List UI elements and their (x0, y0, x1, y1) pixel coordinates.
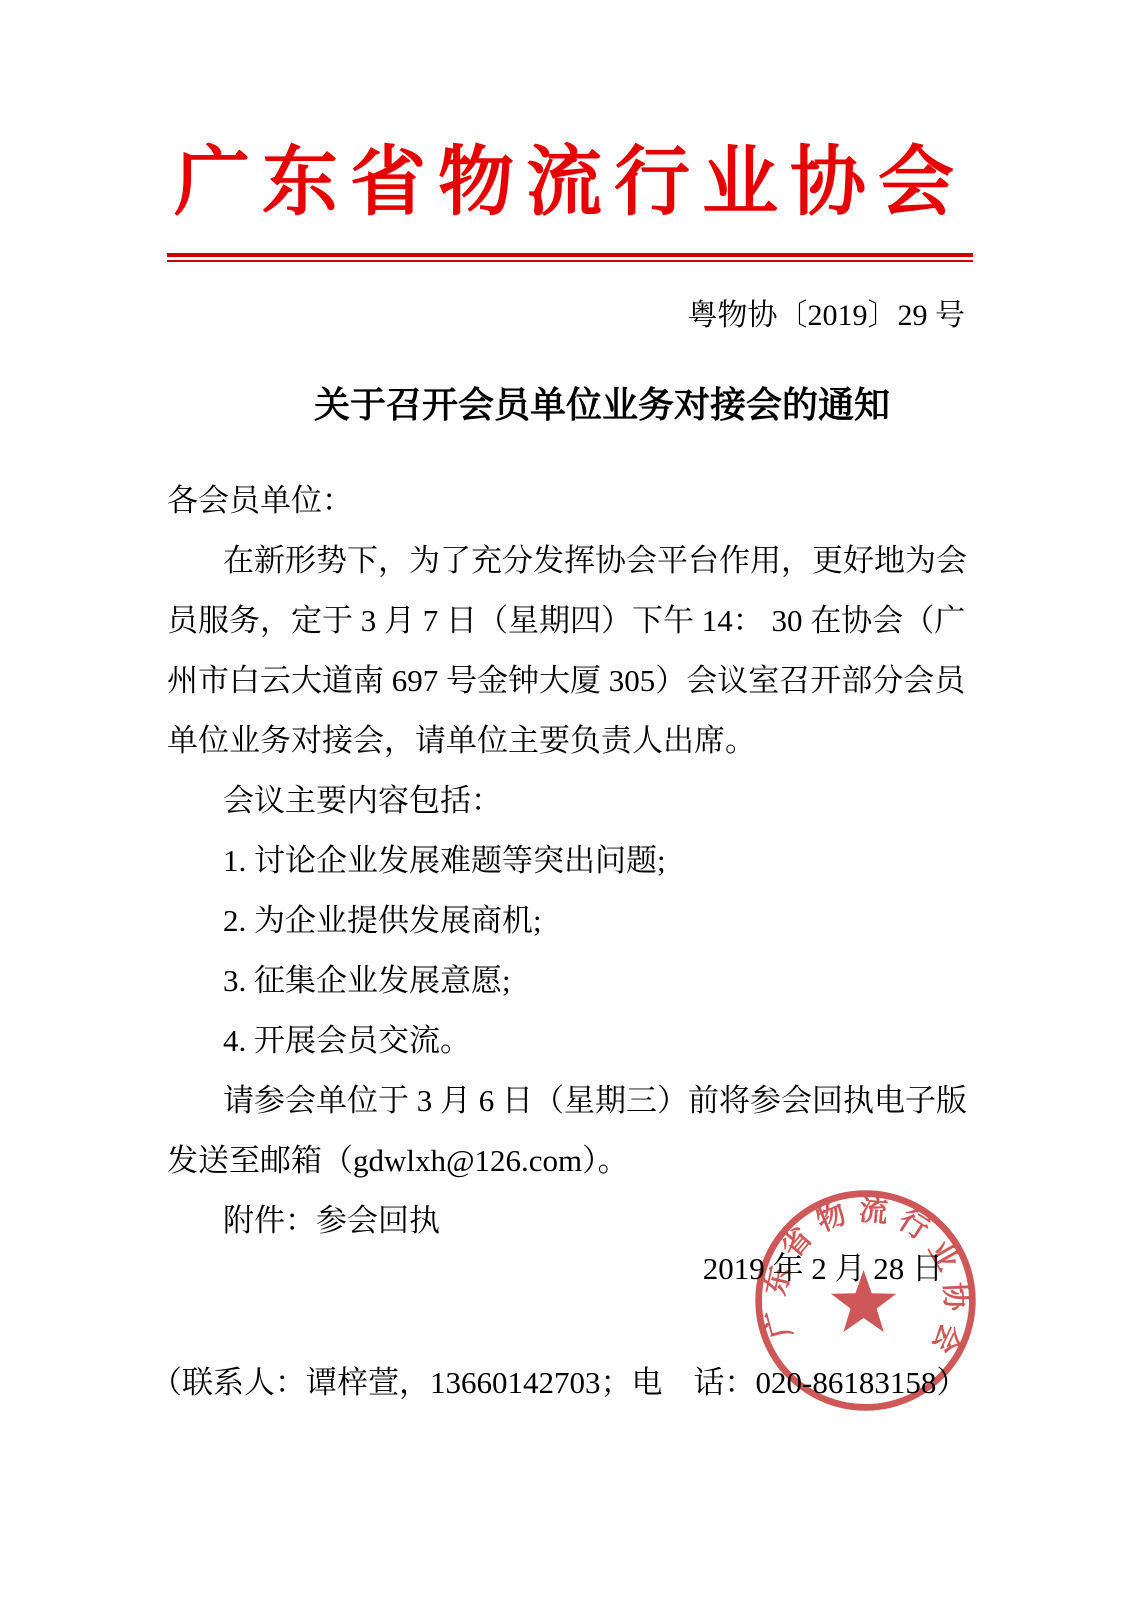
body-line: 州市白云大道南 697 号金钟大厦 305）会议室召开部分会员 (167, 651, 973, 711)
body-line: 单位业务对接会，请单位主要负责人出席。 (167, 711, 973, 771)
body-line: 请参会单位于 3 月 6 日（星期三）前将参会回执电子版 (167, 1071, 973, 1131)
header-divider (167, 253, 973, 262)
body-line: 会议主要内容包括： (167, 771, 973, 831)
date-line: 2019 年 2 月 28 日 (703, 1247, 943, 1291)
body-line-salutation: 各会员单位： (167, 471, 973, 531)
list-item-3: 3. 征集企业发展意愿; (167, 951, 973, 1011)
document-page: 广东省物流行业协会 粤物协〔2019〕29 号 关于召开会员单位业务对接会的通知… (0, 0, 1131, 1600)
list-item-4: 4. 开展会员交流。 (167, 1011, 973, 1071)
list-item-1: 1. 讨论企业发展难题等突出问题; (167, 831, 973, 891)
document-content: 广东省物流行业协会 粤物协〔2019〕29 号 关于召开会员单位业务对接会的通知… (167, 0, 973, 1600)
contact-line: （联系人：谭梓萱，13660142703；电 话：020-86183158） (151, 1362, 967, 1404)
body-line: 在新形势下，为了充分发挥协会平台作用，更好地为会 (167, 531, 973, 591)
doc-number: 粤物协〔2019〕29 号 (688, 296, 966, 336)
body-line: 员服务，定于 3 月 7 日（星期四）下午 14： 30 在协会（广 (167, 591, 973, 651)
notice-body: 各会员单位： 在新形势下，为了充分发挥协会平台作用，更好地为会 员服务，定于 3… (167, 471, 973, 1251)
attachment-line: 附件：参会回执 (167, 1191, 973, 1251)
org-title: 广东省物流行业协会 (167, 140, 973, 227)
notice-title: 关于召开会员单位业务对接会的通知 (199, 382, 1005, 428)
body-line-email: 发送至邮箱（gdwlxh@126.com）。 (167, 1131, 973, 1191)
list-item-2: 2. 为企业提供发展商机; (167, 891, 973, 951)
